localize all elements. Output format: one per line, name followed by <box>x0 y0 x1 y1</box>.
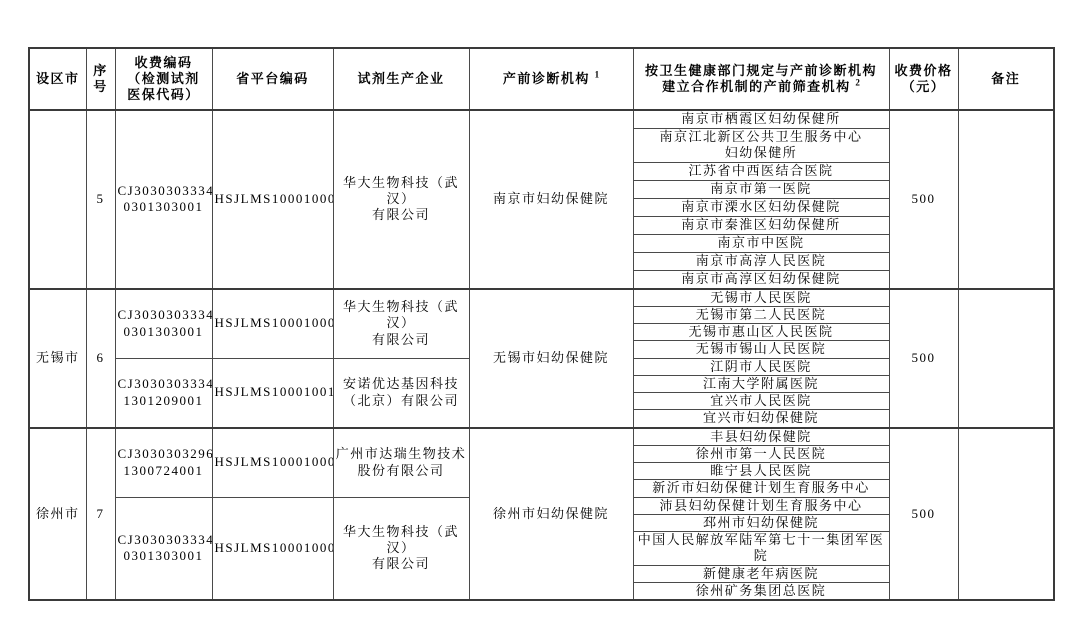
platform-code-cell: HSJLMS100010004 <box>212 497 333 600</box>
diagnosis-cell: 无锡市妇幼保健院 <box>469 289 633 428</box>
screening-cell: 南京市溧水区妇幼保健院 <box>633 198 889 216</box>
screening-cell: 无锡市人民医院 <box>633 289 889 307</box>
city-cell: 徐州市 <box>29 428 86 601</box>
screening-cell: 南京市高淳人民医院 <box>633 252 889 270</box>
col-header-platform-code: 省平台编码 <box>212 48 333 110</box>
screening-cell: 邳州市妇幼保健院 <box>633 514 889 531</box>
screening-cell: 宜兴市人民医院 <box>633 393 889 410</box>
screening-cell: 徐州市第一人民医院 <box>633 445 889 462</box>
seq-cell: 7 <box>86 428 115 601</box>
manufacturer-cell: 安诺优达基因科技 （北京）有限公司 <box>333 358 469 428</box>
diagnosis-cell: 徐州市妇幼保健院 <box>469 428 633 601</box>
table-row: 徐州市 7 CJ3030303296 1300724001 HSJLMS1000… <box>29 428 1054 446</box>
city-cell <box>29 110 86 289</box>
price-cell: 500 <box>889 428 958 601</box>
document-page: 设区市 序 号 收费编码 （检测试剂 医保代码） 省平台编码 试剂生产企业 产前… <box>0 0 1080 629</box>
screening-cell: 无锡市第二人民医院 <box>633 306 889 323</box>
col-header-remark: 备注 <box>958 48 1054 110</box>
price-cell: 500 <box>889 110 958 289</box>
section-wuxi: 无锡市 6 CJ3030303334 0301303001 HSJLMS1000… <box>29 289 1054 428</box>
section-xuzhou: 徐州市 7 CJ3030303296 1300724001 HSJLMS1000… <box>29 428 1054 601</box>
remark-cell <box>958 428 1054 601</box>
screening-cell: 无锡市惠山区人民医院 <box>633 324 889 341</box>
header-row: 设区市 序 号 收费编码 （检测试剂 医保代码） 省平台编码 试剂生产企业 产前… <box>29 48 1054 110</box>
screening-cell: 南京市秦淮区妇幼保健所 <box>633 216 889 234</box>
screening-cell: 丰县妇幼保健院 <box>633 428 889 446</box>
screening-cell: 沛县妇幼保健计划生育服务中心 <box>633 497 889 514</box>
table-row: 无锡市 6 CJ3030303334 0301303001 HSJLMS1000… <box>29 289 1054 307</box>
platform-code-cell: HSJLMS100010001 <box>212 428 333 498</box>
screening-cell: 江南大学附属医院 <box>633 375 889 392</box>
col-header-screening-label: 按卫生健康部门规定与产前诊断机构 建立合作机制的产前筛查机构 <box>645 63 877 94</box>
screening-cell: 新健康老年病医院 <box>633 565 889 582</box>
section-nanjing: 5 CJ3030303334 0301303001 HSJLMS10001000… <box>29 110 1054 289</box>
manufacturer-cell: 广州市达瑞生物技术 股份有限公司 <box>333 428 469 498</box>
city-cell: 无锡市 <box>29 289 86 428</box>
screening-cell: 南京市中医院 <box>633 234 889 252</box>
footnote-marker-2: 2 <box>855 78 860 88</box>
screening-cell: 江苏省中西医结合医院 <box>633 162 889 180</box>
price-cell: 500 <box>889 289 958 428</box>
manufacturer-cell: 华大生物科技（武汉） 有限公司 <box>333 289 469 359</box>
screening-cell: 南京江北新区公共卫生服务中心 妇幼保健所 <box>633 129 889 163</box>
col-header-diagnosis: 产前诊断机构 1 <box>469 48 633 110</box>
platform-code-cell: HSJLMS100010004 <box>212 110 333 289</box>
screening-cell: 南京市栖霞区妇幼保健所 <box>633 110 889 129</box>
fee-code-cell: CJ3030303334 0301303001 <box>115 110 212 289</box>
col-header-fee-code: 收费编码 （检测试剂 医保代码） <box>115 48 212 110</box>
seq-cell: 5 <box>86 110 115 289</box>
remark-cell <box>958 110 1054 289</box>
col-header-manufacturer: 试剂生产企业 <box>333 48 469 110</box>
col-header-price: 收费价格 （元） <box>889 48 958 110</box>
screening-cell: 南京市高淳区妇幼保健院 <box>633 270 889 289</box>
manufacturer-cell: 华大生物科技（武汉） 有限公司 <box>333 497 469 600</box>
fee-code-cell: CJ3030303334 0301303001 <box>115 289 212 359</box>
diagnosis-cell: 南京市妇幼保健院 <box>469 110 633 289</box>
screening-cell: 宜兴市妇幼保健院 <box>633 410 889 428</box>
remark-cell <box>958 289 1054 428</box>
screening-cell: 江阴市人民医院 <box>633 358 889 375</box>
seq-cell: 6 <box>86 289 115 428</box>
screening-cell: 无锡市锡山人民医院 <box>633 341 889 358</box>
table-row: 5 CJ3030303334 0301303001 HSJLMS10001000… <box>29 110 1054 129</box>
screening-cell: 徐州矿务集团总医院 <box>633 582 889 600</box>
platform-code-cell: HSJLMS100010004 <box>212 289 333 359</box>
screening-cell: 中国人民解放军陆军第七十一集团军医院 <box>633 532 889 566</box>
screening-cell: 南京市第一医院 <box>633 180 889 198</box>
manufacturer-cell: 华大生物科技（武汉） 有限公司 <box>333 110 469 289</box>
screening-cell: 新沂市妇幼保健计划生育服务中心 <box>633 480 889 497</box>
prenatal-screening-fee-table: 设区市 序 号 收费编码 （检测试剂 医保代码） 省平台编码 试剂生产企业 产前… <box>28 47 1055 601</box>
fee-code-cell: CJ3030303296 1300724001 <box>115 428 212 498</box>
col-header-city: 设区市 <box>29 48 86 110</box>
col-header-seq: 序 号 <box>86 48 115 110</box>
col-header-screening: 按卫生健康部门规定与产前诊断机构 建立合作机制的产前筛查机构 2 <box>633 48 889 110</box>
fee-code-cell: CJ3030303334 1301209001 <box>115 358 212 428</box>
fee-code-cell: CJ3030303334 0301303001 <box>115 497 212 600</box>
footnote-marker-1: 1 <box>595 70 600 80</box>
platform-code-cell: HSJLMS100010012 <box>212 358 333 428</box>
screening-cell: 睢宁县人民医院 <box>633 463 889 480</box>
col-header-diagnosis-label: 产前诊断机构 <box>503 71 590 86</box>
